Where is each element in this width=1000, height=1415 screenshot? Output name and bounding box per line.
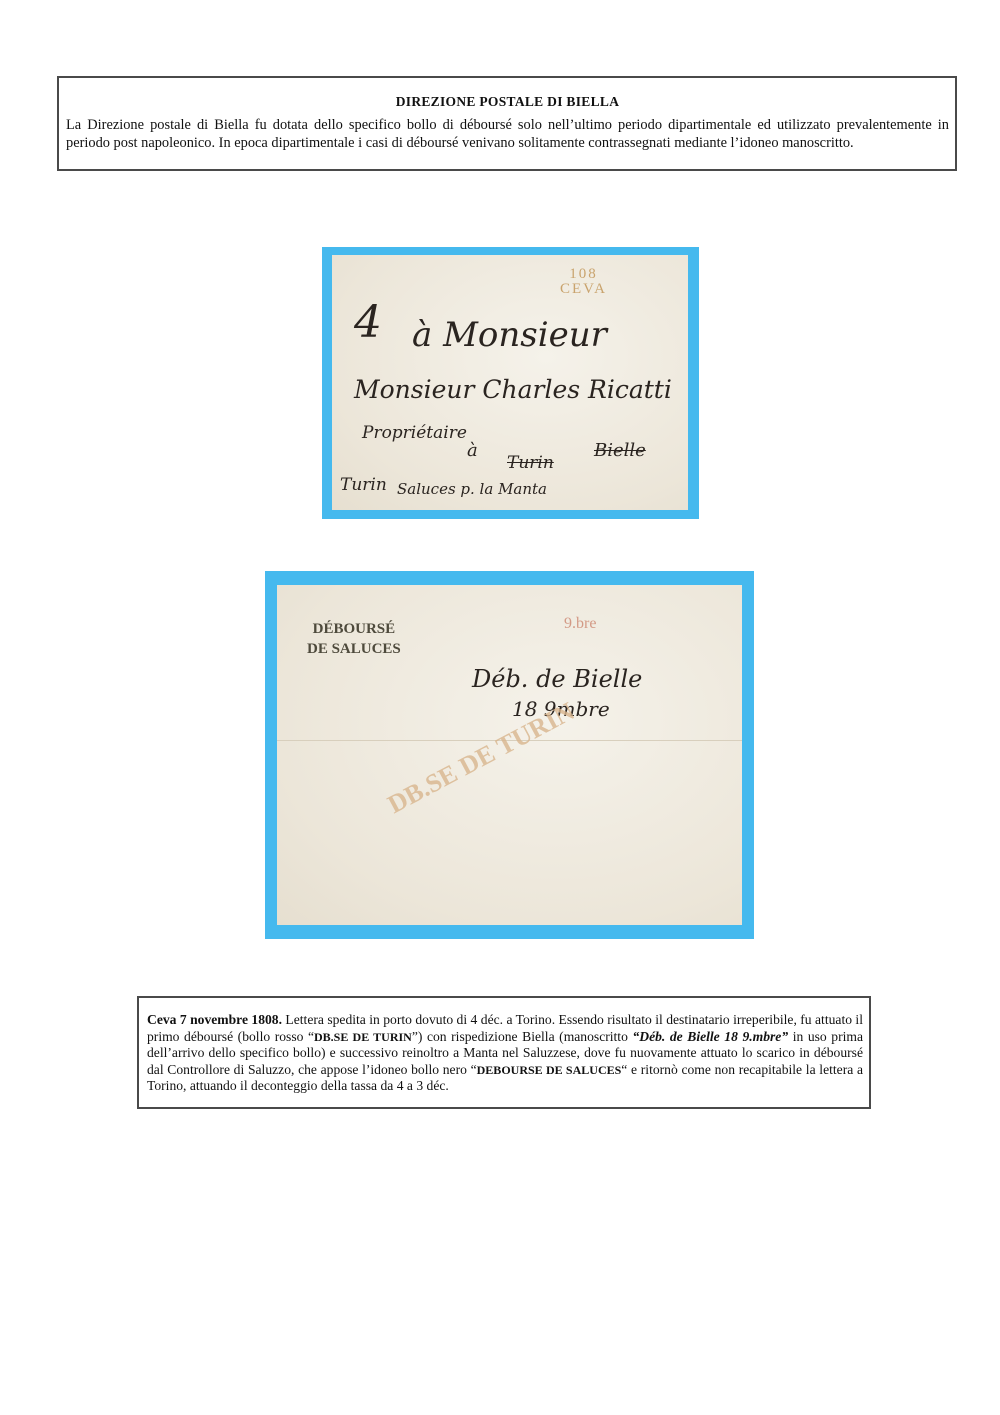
letter-back-paper: DÉBOURSÉ DE SALUCES 9.bre Déb. de Bielle… (277, 585, 742, 925)
redirect-city: Turin (340, 475, 387, 495)
redirect-manta: Saluces p. la Manta (397, 480, 547, 498)
letter-back-photo: DÉBOURSÉ DE SALUCES 9.bre Déb. de Bielle… (265, 571, 754, 939)
tax-mark: 4 (354, 297, 382, 348)
letter-front-paper: 108 CEVA 4 à Monsieur Monsieur Charles R… (332, 255, 688, 510)
debourse-turin-red-stamp: DB.SE DE TURIN (383, 696, 580, 820)
caption-date: Ceva 7 novembre 1808. (147, 1012, 282, 1027)
debourse-saluces-stamp: DÉBOURSÉ DE SALUCES (307, 619, 401, 659)
ceva-postmark: 108 CEVA (560, 267, 607, 297)
struck-city-2: Bielle (594, 440, 646, 461)
address-line-3: Propriétaire (362, 423, 467, 443)
caption-box: Ceva 7 novembre 1808. Lettera spedita in… (137, 996, 871, 1109)
tax-mark: 9.bre (564, 615, 596, 633)
address-line-2: Monsieur Charles Ricatti (354, 375, 672, 404)
manuscript-line-1: Déb. de Bielle (472, 665, 642, 693)
address-line-1: à Monsieur (412, 315, 607, 355)
page-title: DIREZIONE POSTALE DI BIELLA (66, 94, 949, 110)
struck-city-1: Turin (507, 453, 554, 473)
intro-text: La Direzione postale di Biella fu dotata… (66, 116, 949, 152)
stamp-saluces-ref: DEBOURSE DE SALUCES (477, 1063, 622, 1077)
manuscript-ref: “Déb. de Bielle 18 9.mbre” (632, 1029, 788, 1044)
header-box: DIREZIONE POSTALE DI BIELLA La Direzione… (57, 76, 957, 171)
caption-text: Ceva 7 novembre 1808. Lettera spedita in… (147, 1012, 863, 1095)
address-line-4: à (467, 440, 478, 461)
stamp-turin-ref: DB.SE DE TURIN (314, 1030, 412, 1044)
letter-front-photo: 108 CEVA 4 à Monsieur Monsieur Charles R… (322, 247, 699, 519)
